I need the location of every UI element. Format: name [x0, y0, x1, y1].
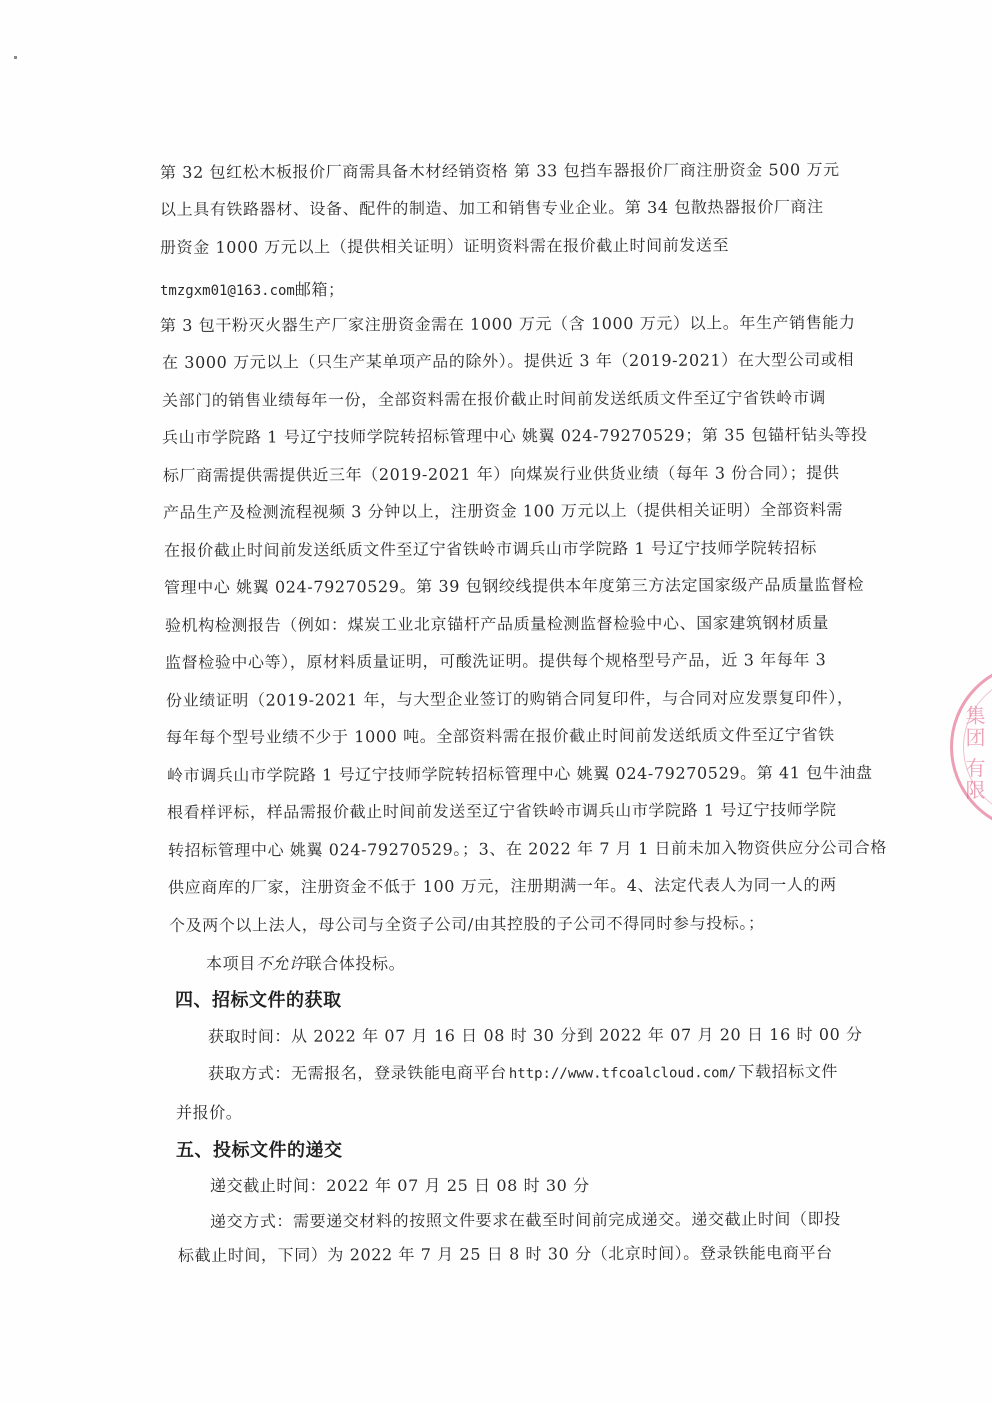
section-4-heading: 四、招标文件的获取 — [175, 990, 342, 1012]
scan-speck — [14, 56, 17, 59]
text-line: 关部门的销售业绩每年一份，全部资料需在报价截止时间前发送纸质文件至辽宁省铁岭市调 — [162, 388, 826, 411]
official-seal-stamp: 集团 有限 — [950, 662, 992, 832]
text-line: 转招标管理中心 姚翼 024-79270529。；3、在 2022 年 7 月 … — [168, 838, 887, 861]
acquisition-method-text: 无需报名，登录铁能电商平台 — [291, 1063, 507, 1083]
scanned-document-page: 第 32 包红松木板报价厂商需具备木材经销资格 第 33 包挡车器报价厂商注册资… — [0, 0, 992, 1403]
email-address: tmzgxm01@163.com — [160, 283, 295, 299]
acquisition-time-value: 从 2022 年 07 月 16 日 08 时 30 分到 2022 年 07 … — [291, 1025, 863, 1046]
text-line: 管理中心 姚翼 024-79270529。第 39 包钢绞线提供本年度第三方法定… — [164, 575, 864, 598]
consortium-prefix: 本项目 — [206, 954, 256, 973]
acquisition-time-label: 获取时间： — [208, 1027, 291, 1046]
text-line: 验机构检测报告（例如：煤炭工业北京锚杆产品质量检测监督检验中心、国家建筑钢材质量 — [165, 613, 829, 636]
text-line: 以上具有铁路器材、设备、配件的制造、加工和销售专业企业。第 34 包散热器报价厂… — [160, 197, 824, 220]
submission-deadline-label: 递交截止时间： — [210, 1176, 326, 1195]
submission-method-continuation: 标截止时间，下同）为 2022 年 7 月 25 日 8 时 30 分（北京时间… — [178, 1243, 833, 1266]
email-line: tmzgxm01@163.com邮箱； — [160, 280, 345, 301]
text-line: 每年每个型号业绩不少于 1000 吨。全部资料需在报价截止时间前发送纸质文件至辽… — [166, 725, 835, 748]
text-line: 标厂商需提供需提供近三年（2019-2021 年）向煤炭行业供货业绩（每年 3 … — [163, 463, 840, 486]
text-line: 根看样评标，样品需报价截止时间前发送至辽宁省铁岭市调兵山市学院路 1 号辽宁技师… — [167, 800, 837, 823]
section-5-heading: 五、投标文件的递交 — [176, 1140, 343, 1162]
text-line: 岭市调兵山市学院路 1 号辽宁技师学院转招标管理中心 姚翼 024-792705… — [167, 763, 873, 786]
submission-method-line: 递交方式：需要递交材料的按照文件要求在截至时间前完成递交。递交截止时间（即投 — [210, 1209, 841, 1232]
text-line: 第 3 包干粉灭火器生产厂家注册资金需在 1000 万元（含 1000 万元）以… — [160, 313, 856, 336]
text-line: 份业绩证明（2019-2021 年，与大型企业签订的购销合同复印件，与合同对应发… — [166, 688, 854, 711]
acquisition-method-label: 获取方式： — [208, 1064, 291, 1083]
acquisition-method-line: 获取方式：无需报名，登录铁能电商平台http://www.tfcoalcloud… — [208, 1062, 838, 1085]
text-line: 第 32 包红松木板报价厂商需具备木材经销资格 第 33 包挡车器报价厂商注册资… — [160, 160, 840, 183]
consortium-emphasis: 不允许 — [256, 954, 306, 973]
submission-deadline-line: 递交截止时间：2022 年 07 月 25 日 08 时 30 分 — [210, 1176, 590, 1196]
submission-method-label: 递交方式： — [210, 1212, 293, 1231]
email-suffix: 邮箱； — [295, 280, 345, 299]
text-line: 产品生产及检测流程视频 3 分钟以上，注册资金 100 万元以上（提供相关证明）… — [163, 500, 843, 523]
text-line: 在报价截止时间前发送纸质文件至辽宁省铁岭市调兵山市学院路 1 号辽宁技师学院转招… — [164, 538, 817, 561]
platform-url-link[interactable]: http://www.tfcoalcloud.com/ — [509, 1065, 737, 1082]
text-line: 个及两个以上法人，母公司与全资子公司/由其控股的子公司不得同时参与投标。； — [169, 913, 765, 936]
consortium-suffix: 联合体投标。 — [306, 954, 406, 973]
submission-deadline-value: 2022 年 07 月 25 日 08 时 30 分 — [326, 1176, 590, 1195]
seal-text: 集团 有限 — [961, 705, 987, 801]
text-line: 供应商库的厂家，注册资金不低于 100 万元，注册期满一年。4、法定代表人为同一… — [168, 875, 837, 898]
acquisition-method-text-2: 下载招标文件 — [738, 1062, 838, 1081]
acquisition-method-continuation: 并报价。 — [176, 1103, 242, 1123]
submission-method-text: 需要递交材料的按照文件要求在截至时间前完成递交。递交截止时间（即投 — [293, 1209, 841, 1230]
text-line: 在 3000 万元以上（只生产某单项产品的除外）。提供近 3 年（2019-20… — [162, 350, 854, 373]
text-line: 兵山市学院路 1 号辽宁技师学院转招标管理中心 姚翼 024-79270529；… — [162, 425, 868, 448]
acquisition-time-line: 获取时间：从 2022 年 07 月 16 日 08 时 30 分到 2022 … — [208, 1025, 863, 1047]
consortium-line: 本项目不允许联合体投标。 — [206, 954, 405, 974]
text-line: 册资金 1000 万元以上（提供相关证明）证明资料需在报价截止时间前发送至 — [160, 236, 729, 258]
text-line: 监督检验中心等），原材料质量证明，可酸洗证明。提供每个规格型号产品，近 3 年每… — [165, 650, 827, 673]
